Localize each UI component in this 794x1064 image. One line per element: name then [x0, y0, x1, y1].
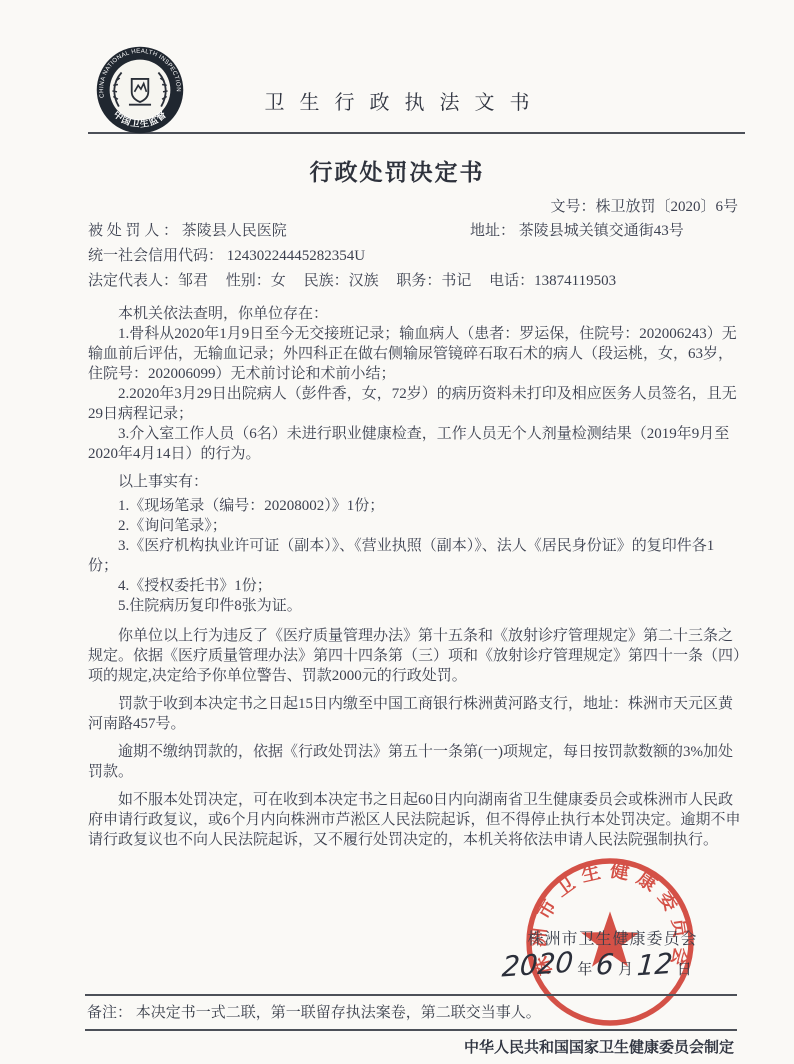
- decision-date: 2020 年 6 月 12 日: [502, 948, 722, 981]
- punished-party-value: 茶陵县人民医院: [182, 223, 287, 239]
- evidence-intro: 以上事实有：: [88, 472, 744, 492]
- ethnicity-value: 汉族: [349, 273, 379, 289]
- address-label: 地址：: [470, 223, 515, 239]
- penalty-decision-document: CHINA NATIONAL HEALTH INSPECTION 中国卫生监督 …: [0, 0, 794, 1064]
- month-label: 月: [618, 958, 633, 979]
- year-label: 年: [577, 958, 592, 979]
- remark-label: 备注：: [87, 1005, 132, 1021]
- credit-code-label: 统一社会信用代码：: [88, 248, 223, 264]
- handwritten-day: 12: [636, 947, 674, 983]
- footer-remark: 备注： 本决定书一式二联，第一联留存执法案卷，第二联交当事人。: [85, 994, 737, 1031]
- ethnicity-label: 民族：: [304, 273, 349, 289]
- handwritten-year: 2020: [501, 945, 574, 983]
- svg-text:株洲市卫生健康委员会: 株洲市卫生健康委员会: [527, 858, 694, 978]
- violation-decision-paragraph: 你单位以上行为违反了《医疗质量管理办法》第十五条和《放射诊疗管理规定》第二十三条…: [88, 626, 744, 686]
- job-title-value: 书记: [441, 273, 471, 289]
- seal-ring-text: 株洲市卫生健康委员会: [527, 858, 694, 978]
- phone-label: 电话：: [489, 273, 534, 289]
- issuing-authority-name: 株洲市卫生健康委员会: [505, 926, 720, 949]
- evidence-item-2: 2.《询问笔录》；: [88, 516, 744, 536]
- phone-value: 13874119503: [534, 273, 616, 289]
- seal-star-icon: [581, 911, 639, 966]
- document-body: 被 处 罚 人 ： 茶陵县人民医院 地址： 茶陵县城关镇交通街43号 统一社会信…: [0, 220, 794, 850]
- job-title-label: 职务：: [396, 273, 441, 289]
- handwritten-month: 6: [595, 947, 615, 981]
- gender-value: 女: [271, 273, 286, 289]
- credit-code-row: 统一社会信用代码： 12430224445282354U: [88, 245, 744, 267]
- credit-code-value: 12430224445282354U: [227, 248, 365, 264]
- gender-label: 性别：: [226, 273, 271, 289]
- address-value: 茶陵县城关镇交通街43号: [519, 223, 684, 239]
- finding-item-3: 3.介入室工作人员（6名）未进行职业健康检查，工作人员无个人剂量检测结果（201…: [88, 424, 744, 464]
- health-inspection-emblem-logo: CHINA NATIONAL HEALTH INSPECTION 中国卫生监督: [94, 44, 186, 136]
- legal-rep-label: 法定代表人：: [88, 273, 178, 289]
- payment-instruction-paragraph: 罚款于收到本决定书之日起15日内缴至中国工商银行株洲黄河路支行，地址：株洲市天元…: [88, 694, 744, 734]
- legal-rep-value: 邹君: [178, 273, 208, 289]
- findings-intro: 本机关依法查明，你单位存在：: [88, 304, 744, 324]
- evidence-item-3: 3.《医疗机构执业许可证（副本）》、《营业执照（副本）》、法人《居民身份证》的复…: [88, 536, 744, 576]
- evidence-item-1: 1.《现场笔录（编号：20208002）》1份；: [88, 496, 744, 516]
- remark-text: 本决定书一式二联，第一联留存执法案卷，第二联交当事人。: [136, 1005, 541, 1021]
- evidence-item-4: 4.《授权委托书》1份；: [88, 576, 744, 596]
- punished-party-label: 被 处 罚 人 ：: [88, 223, 178, 239]
- finding-item-1: 1.骨科从2020年1月9日至今无交接班记录；输血病人（患者：罗运保，住院号：2…: [88, 324, 744, 384]
- emblem-icon: CHINA NATIONAL HEALTH INSPECTION 中国卫生监督: [94, 44, 186, 136]
- punished-party-row: 被 处 罚 人 ： 茶陵县人民医院 地址： 茶陵县城关镇交通街43号: [88, 220, 744, 242]
- document-number: 文号：株卫放罚〔2020〕6号: [0, 195, 738, 216]
- legal-representative-row: 法定代表人：邹君 性别：女 民族：汉族 职务：书记 电话：13874119503: [88, 270, 744, 292]
- day-label: 日: [677, 958, 692, 979]
- appeal-rights-paragraph: 如不服本处罚决定，可在收到本决定书之日起60日内向湖南省卫生健康委员会或株洲市人…: [88, 790, 744, 850]
- late-penalty-paragraph: 逾期不缴纳罚款的，依据《行政处罚法》第五十一条第(一)项规定，每日按罚款数额的3…: [88, 742, 744, 782]
- evidence-item-5: 5.住院病历复印件8张为证。: [88, 596, 744, 616]
- document-title: 行政处罚决定书: [0, 154, 794, 187]
- form-issuer-note: 中华人民共和国国家卫生健康委员会制定: [464, 1036, 734, 1057]
- header-divider: [88, 132, 745, 134]
- finding-item-2: 2.2020年3月29日出院病人（彭件香，女，72岁）的病历资料未打印及相应医务…: [88, 384, 744, 424]
